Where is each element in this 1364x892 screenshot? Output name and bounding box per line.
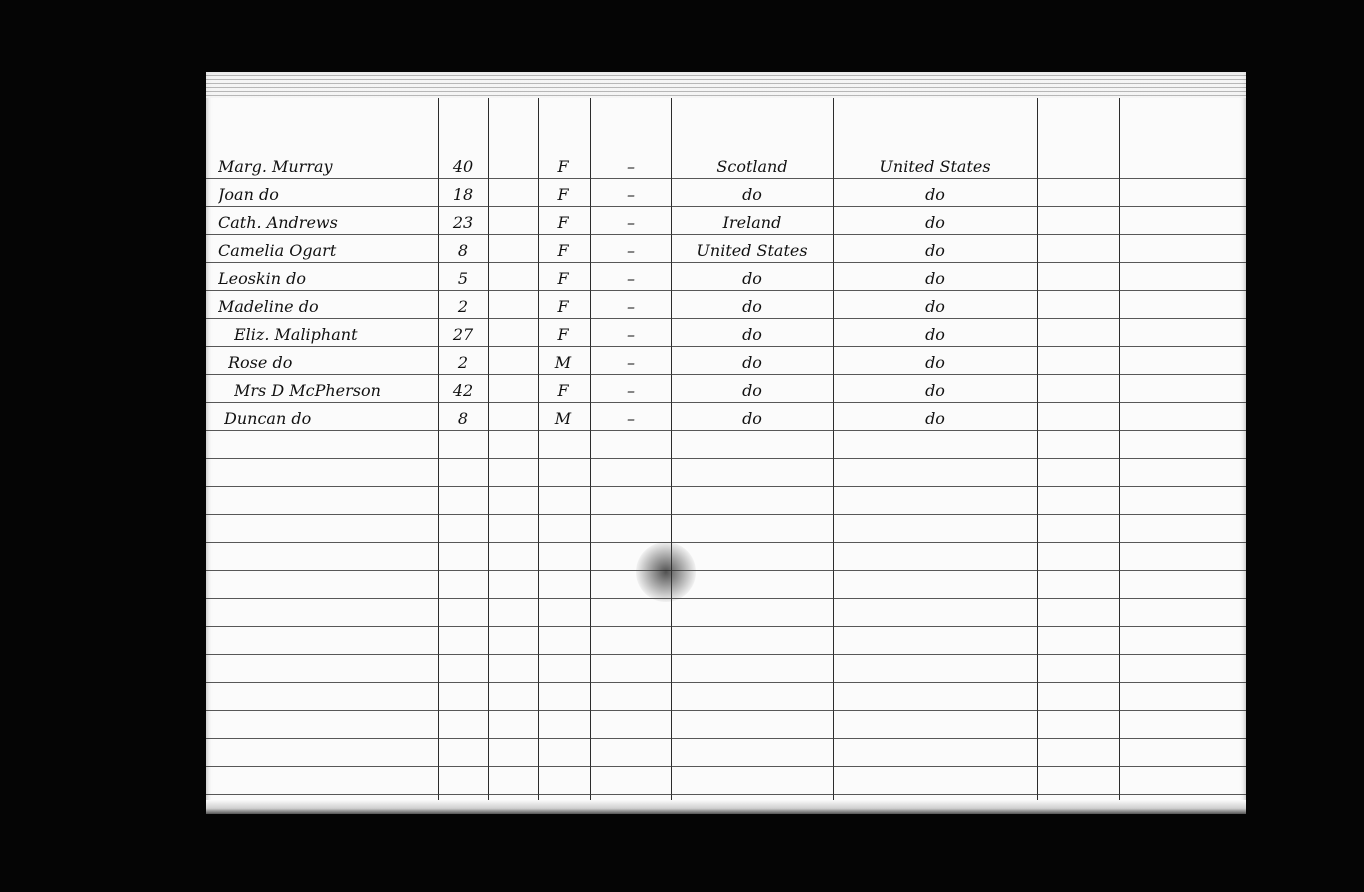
cell-residence: do xyxy=(834,180,1036,208)
cell-residence: do xyxy=(834,292,1036,320)
table-row: Cath. Andrews 23 F – Ireland do xyxy=(206,208,1246,236)
ink-smudge xyxy=(636,542,696,602)
cell-sex: F xyxy=(538,152,588,180)
table-row: Eliz. Maliphant 27 F – do do xyxy=(206,320,1246,348)
table-row: Marg. Murray 40 F – Scotland United Stat… xyxy=(206,152,1246,180)
register-page: Marg. Murray 40 F – Scotland United Stat… xyxy=(206,72,1246,814)
cell-occupation: – xyxy=(592,404,670,432)
cell-occupation: – xyxy=(592,180,670,208)
cell-age: 2 xyxy=(438,348,488,376)
row-rule xyxy=(206,514,1246,515)
cell-name: Eliz. Maliphant xyxy=(234,320,454,348)
table-row: Camelia Ogart 8 F – United States do xyxy=(206,236,1246,264)
cell-occupation: – xyxy=(592,152,670,180)
cell-sex: F xyxy=(538,376,588,404)
cell-birthplace: do xyxy=(672,348,832,376)
cell-age: 8 xyxy=(438,404,488,432)
cell-birthplace: do xyxy=(672,320,832,348)
cell-sex: F xyxy=(538,208,588,236)
cell-occupation: – xyxy=(592,264,670,292)
row-rule xyxy=(206,794,1246,795)
page-edge-bottom xyxy=(206,800,1246,814)
cell-sex: F xyxy=(538,320,588,348)
cell-residence: do xyxy=(834,404,1036,432)
cell-residence: do xyxy=(834,208,1036,236)
cell-name: Joan do xyxy=(218,180,438,208)
table-row: Leoskin do 5 F – do do xyxy=(206,264,1246,292)
cell-occupation: – xyxy=(592,376,670,404)
page-stack-edge-top xyxy=(206,72,1246,98)
cell-name: Madeline do xyxy=(218,292,438,320)
cell-age: 8 xyxy=(438,236,488,264)
cell-sex: F xyxy=(538,292,588,320)
cell-birthplace: do xyxy=(672,376,832,404)
cell-age: 42 xyxy=(438,376,488,404)
cell-age: 18 xyxy=(438,180,488,208)
cell-occupation: – xyxy=(592,292,670,320)
table-row: Madeline do 2 F – do do xyxy=(206,292,1246,320)
cell-occupation: – xyxy=(592,208,670,236)
row-rule xyxy=(206,458,1246,459)
row-rule xyxy=(206,598,1246,599)
row-rule xyxy=(206,738,1246,739)
cell-age: 2 xyxy=(438,292,488,320)
cell-name: Mrs D McPherson xyxy=(234,376,454,404)
cell-name: Camelia Ogart xyxy=(218,236,438,264)
cell-birthplace: Ireland xyxy=(672,208,832,236)
table-row: Duncan do 8 M – do do xyxy=(206,404,1246,432)
table-row: Rose do 2 M – do do xyxy=(206,348,1246,376)
cell-residence: do xyxy=(834,264,1036,292)
cell-sex: F xyxy=(538,180,588,208)
row-rule xyxy=(206,654,1246,655)
cell-age: 40 xyxy=(438,152,488,180)
cell-residence: do xyxy=(834,236,1036,264)
cell-age: 23 xyxy=(438,208,488,236)
cell-occupation: – xyxy=(592,348,670,376)
cell-residence: do xyxy=(834,320,1036,348)
cell-sex: M xyxy=(538,404,588,432)
cell-name: Leoskin do xyxy=(218,264,438,292)
cell-occupation: – xyxy=(592,320,670,348)
cell-birthplace: do xyxy=(672,264,832,292)
cell-name: Duncan do xyxy=(224,404,444,432)
row-rule xyxy=(206,542,1246,543)
cell-residence: do xyxy=(834,348,1036,376)
cell-birthplace: Scotland xyxy=(672,152,832,180)
row-rule xyxy=(206,766,1246,767)
cell-birthplace: United States xyxy=(672,236,832,264)
cell-residence: United States xyxy=(834,152,1036,180)
row-rule xyxy=(206,626,1246,627)
cell-name: Cath. Andrews xyxy=(218,208,438,236)
cell-sex: F xyxy=(538,236,588,264)
table-row: Mrs D McPherson 42 F – do do xyxy=(206,376,1246,404)
cell-age: 5 xyxy=(438,264,488,292)
cell-residence: do xyxy=(834,376,1036,404)
row-rule xyxy=(206,710,1246,711)
cell-occupation: – xyxy=(592,236,670,264)
cell-age: 27 xyxy=(438,320,488,348)
cell-sex: M xyxy=(538,348,588,376)
table-row: Joan do 18 F – do do xyxy=(206,180,1246,208)
cell-sex: F xyxy=(538,264,588,292)
cell-name: Rose do xyxy=(228,348,448,376)
row-rule xyxy=(206,570,1246,571)
row-rule xyxy=(206,682,1246,683)
cell-birthplace: do xyxy=(672,404,832,432)
cell-birthplace: do xyxy=(672,292,832,320)
row-rule xyxy=(206,486,1246,487)
cell-name: Marg. Murray xyxy=(218,152,438,180)
cell-birthplace: do xyxy=(672,180,832,208)
